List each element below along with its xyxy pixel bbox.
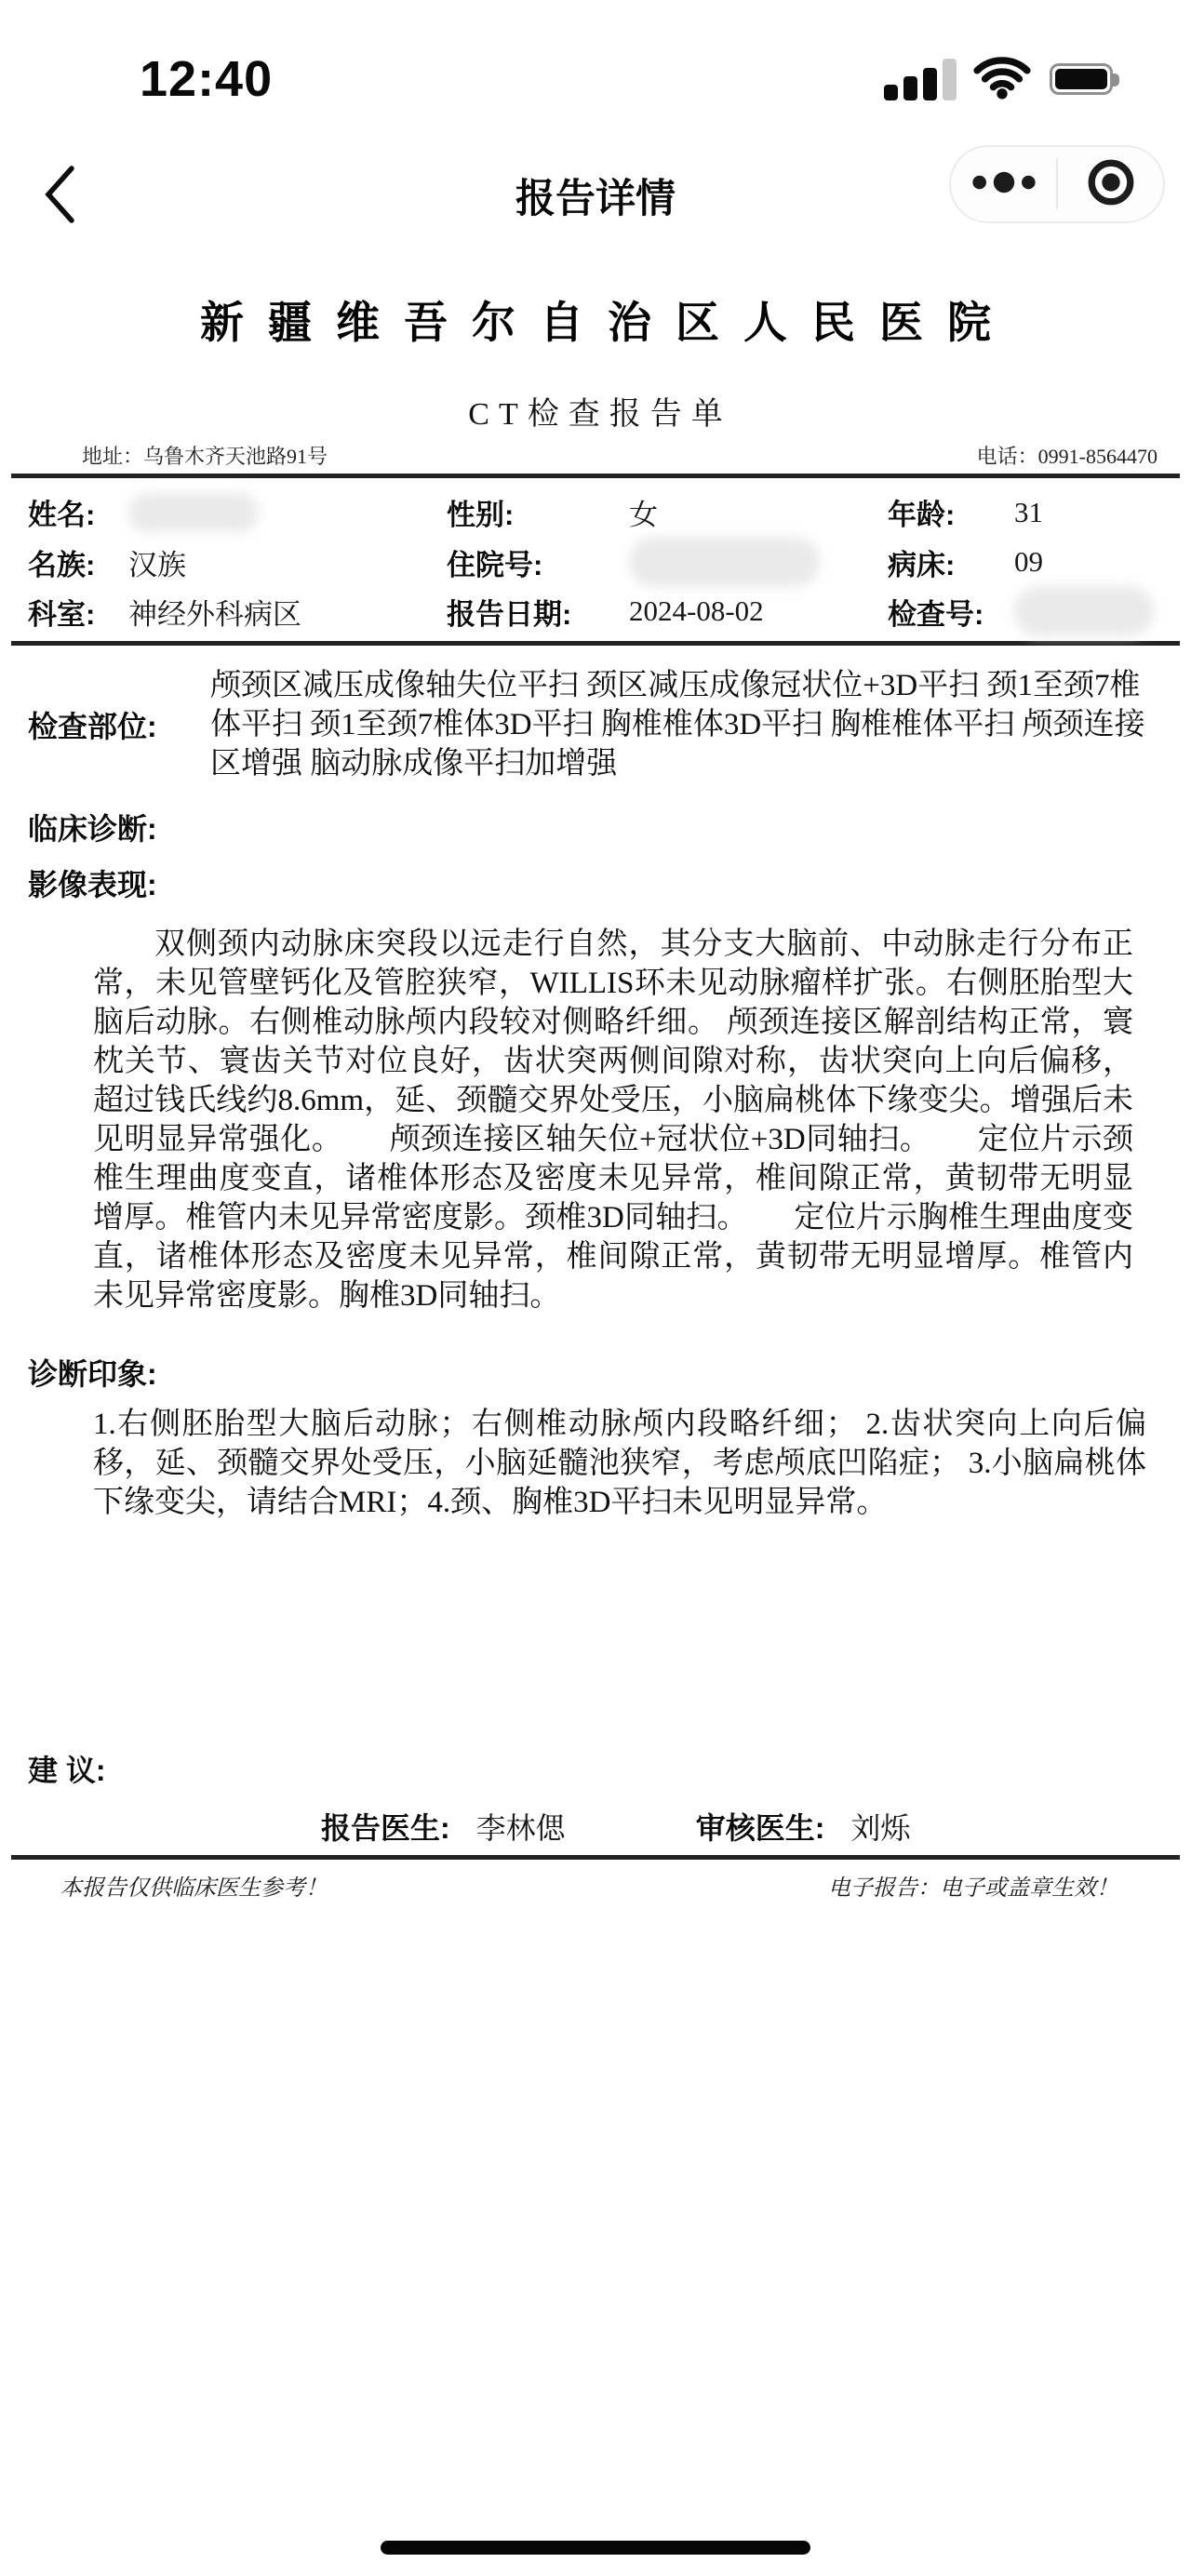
report-doctor-name: 李林偲 <box>476 1805 566 1848</box>
report-doctor-label: 报告医生: <box>321 1805 450 1848</box>
review-doctor-name: 刘烁 <box>850 1805 910 1848</box>
redacted-admission-no <box>629 537 820 587</box>
footer-left-note: 本报告仅供临床医生参考！ <box>60 1869 328 1902</box>
hospital-address: 地址：乌鲁木齐天池路91号 <box>82 441 328 470</box>
sex-value: 女 <box>629 491 888 533</box>
exam-part-text: 颅颈区减压成像轴失位平扫 颈区减压成像冠状位+3D平扫 颈1至颈7椎体平扫 颈1… <box>210 666 1163 783</box>
hospital-phone: 电话：0991-8564470 <box>977 441 1158 470</box>
miniprogram-capsule <box>949 145 1165 223</box>
imaging-findings-label: 影像表现: <box>28 861 1163 904</box>
signature-row: 报告医生: 李林偲 审核医生: 刘烁 <box>321 1805 1163 1848</box>
chevron-left-icon <box>43 165 76 227</box>
table-row: 名族: 汉族 住院号: 病床: 09 <box>28 537 1163 586</box>
exam-part-label: 检查部位: <box>28 703 210 746</box>
divider-rule-bottom <box>11 1855 1180 1860</box>
admission-no-value <box>629 537 888 587</box>
age-label: 年龄: <box>888 491 1014 533</box>
name-label: 姓名: <box>28 491 128 533</box>
patient-info-table: 姓名: 性别: 女 年龄: 31 名族: 汉族 住院号: 病床: 09 科室: … <box>28 487 1163 635</box>
divider-rule-middle <box>11 641 1180 646</box>
department-label: 科室: <box>28 591 128 633</box>
wifi-icon <box>973 55 1031 104</box>
imaging-findings-text: 双侧颈内动脉床突段以远走行自然，其分支大脑前、中动脉走行分布正常，未见管壁钙化及… <box>93 925 1133 1315</box>
name-value <box>128 493 447 532</box>
redacted-name <box>128 493 259 532</box>
advice-label: 建 议: <box>28 1747 1163 1790</box>
target-circle-icon <box>1085 156 1137 213</box>
table-row: 科室: 神经外科病区 报告日期: 2024-08-02 检查号: <box>28 586 1163 635</box>
sex-label: 性别: <box>447 491 629 533</box>
ellipsis-icon <box>968 170 1040 199</box>
ethnicity-value: 汉族 <box>128 541 447 583</box>
diagnosis-impression-text: 1.右侧胚胎型大脑后动脉；右侧椎动脉颅内段略纤细； 2.齿状突向上向后偏移，延、… <box>93 1405 1146 1522</box>
address-row: 地址：乌鲁木齐天池路91号 电话：0991-8564470 <box>28 441 1163 470</box>
cellular-signal-icon <box>884 58 957 100</box>
review-doctor-label: 审核医生: <box>696 1805 825 1848</box>
bed-value: 09 <box>1014 545 1163 579</box>
age-value: 31 <box>1014 496 1163 529</box>
battery-icon <box>1050 63 1113 95</box>
home-indicator[interactable] <box>381 2541 810 2555</box>
report-detail-screen: 12:40 <box>0 0 1191 2576</box>
hospital-name: 新疆维吾尔自治区人民医院 <box>28 288 1163 351</box>
table-row: 姓名: 性别: 女 年龄: 31 <box>28 487 1163 537</box>
report-type-title: CT检查报告单 <box>28 388 1163 434</box>
divider-rule-top <box>11 474 1180 478</box>
close-button[interactable] <box>1058 147 1163 221</box>
report-date-label: 报告日期: <box>447 591 629 633</box>
redacted-exam-no <box>1014 586 1154 636</box>
clock-text: 12:40 <box>140 50 273 108</box>
back-button[interactable] <box>43 154 104 236</box>
report-date-value: 2024-08-02 <box>629 594 888 628</box>
exam-no-label: 检查号: <box>888 591 1014 633</box>
status-bar: 12:40 <box>0 0 1191 140</box>
page-title: 报告详情 <box>515 167 676 224</box>
exam-no-value <box>1014 586 1163 636</box>
nav-bar: 报告详情 <box>0 140 1191 251</box>
footer-right-note: 电子报告：电子或盖章生效！ <box>828 1869 1118 1902</box>
ethnicity-label: 名族: <box>28 541 128 583</box>
status-icons <box>884 55 1113 104</box>
clinical-diagnosis-label: 临床诊断: <box>28 806 1163 848</box>
diagnosis-impression-label: 诊断印象: <box>28 1351 1163 1394</box>
department-value: 神经外科病区 <box>128 591 447 633</box>
report-sheet: 新疆维吾尔自治区人民医院 CT检查报告单 地址：乌鲁木齐天池路91号 电话：09… <box>0 288 1191 1902</box>
more-button[interactable] <box>951 147 1056 221</box>
exam-part-section: 检查部位: 颅颈区减压成像轴失位平扫 颈区减压成像冠状位+3D平扫 颈1至颈7椎… <box>28 666 1163 783</box>
admission-no-label: 住院号: <box>447 541 629 583</box>
footer-notes: 本报告仅供临床医生参考！ 电子报告：电子或盖章生效！ <box>28 1869 1163 1902</box>
bed-label: 病床: <box>888 541 1014 583</box>
